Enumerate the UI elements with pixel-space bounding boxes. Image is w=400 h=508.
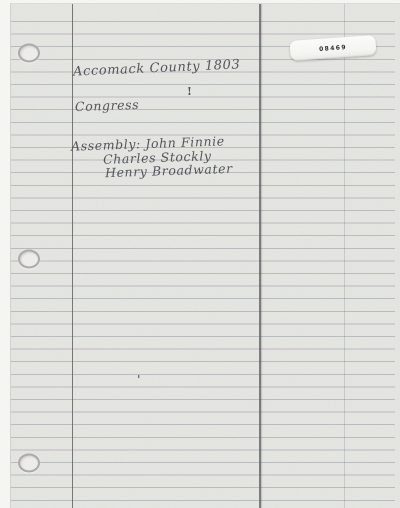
ruled-lines [11, 21, 395, 508]
handwritten-congress-heading: Congress [75, 97, 140, 114]
ruled-paper-sheet: Accomack County 1803 ! Congress Assembly… [10, 3, 400, 508]
punch-hole-top [18, 44, 40, 63]
scanned-document-page: Accomack County 1803 ! Congress Assembly… [0, 0, 400, 508]
center-crease-line [259, 4, 261, 508]
right-faint-line [344, 4, 345, 508]
punch-hole-middle [18, 250, 40, 269]
stray-ink-mark-upper: ! [187, 85, 192, 98]
catalog-number: 08469 [319, 44, 347, 53]
stray-ink-mark-lower: ' [137, 373, 141, 386]
punch-hole-bottom [18, 454, 40, 473]
